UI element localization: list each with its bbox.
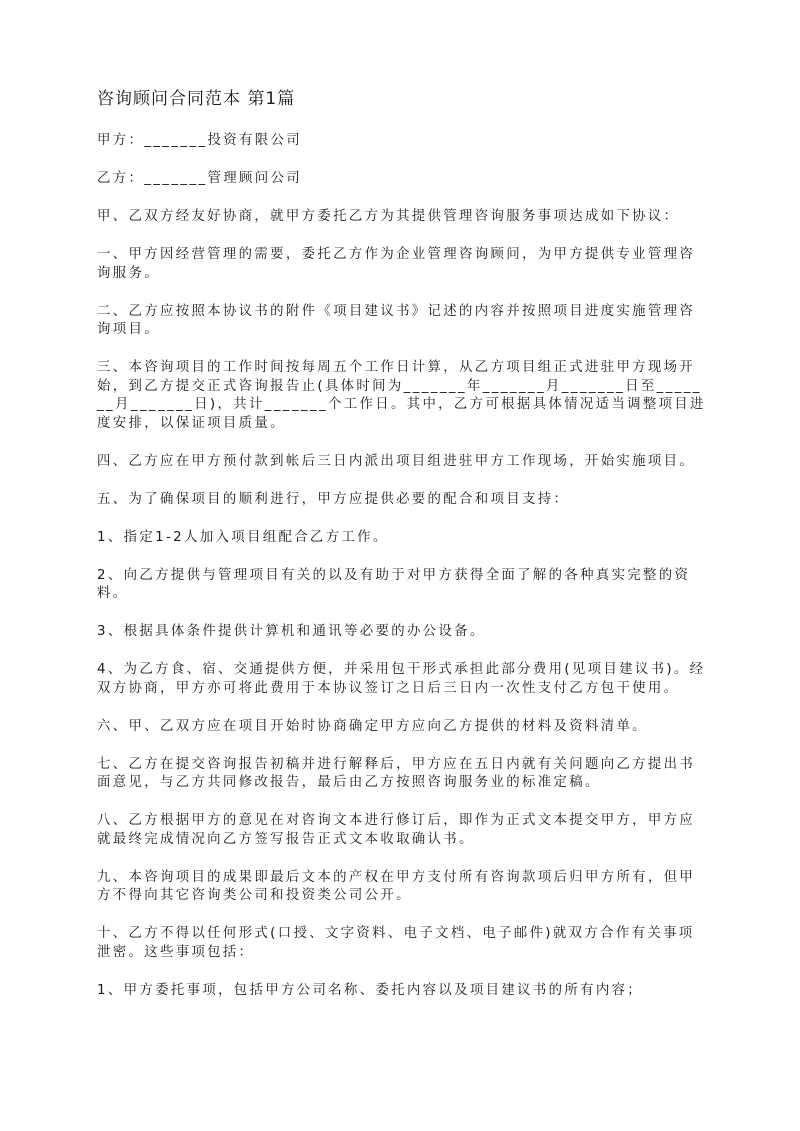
party-b-line: 乙方：_______管理顾问公司 <box>97 170 707 189</box>
document-title: 咨询顾问合同范本 第1篇 <box>97 88 707 110</box>
clause-1: 一、甲方因经营管理的需要，委托乙方作为企业管理咨询顾问，为甲方提供专业管理咨询服… <box>97 246 707 283</box>
clause-8: 八、乙方根据甲方的意见在对咨询文本进行修订后，即作为正式文本提交甲方，甲方应就最… <box>97 812 707 849</box>
document-page: 咨询顾问合同范本 第1篇 甲方：_______投资有限公司 乙方：_______… <box>97 88 707 1020</box>
clause-5-item-1: 1、指定1-2人加入项目组配合乙方工作。 <box>97 529 707 548</box>
clause-3: 三、本咨询项目的工作时间按每周五个工作日计算，从乙方项目组正式进驻甲方现场开始，… <box>97 359 707 433</box>
clause-6: 六、甲、乙双方应在项目开始时协商确定甲方应向乙方提供的材料及资料清单。 <box>97 718 707 737</box>
clause-5-item-2: 2、向乙方提供与管理项目有关的以及有助于对甲方获得全面了解的各种真实完整的资料。 <box>97 567 707 604</box>
clause-9: 九、本咨询项目的成果即最后文本的产权在甲方支付所有咨询款项后归甲方所有，但甲方不… <box>97 869 707 906</box>
party-a-line: 甲方：_______投资有限公司 <box>97 132 707 151</box>
clause-5: 五、为了确保项目的顺利进行，甲方应提供必要的配合和项目支持： <box>97 491 707 510</box>
clause-10-item-1: 1、甲方委托事项，包括甲方公司名称、委托内容以及项目建议书的所有内容； <box>97 982 707 1001</box>
clause-7: 七、乙方在提交咨询报告初稿并进行解释后，甲方应在五日内就有关问题向乙方提出书面意… <box>97 756 707 793</box>
clause-5-item-4: 4、为乙方食、宿、交通提供方便，并采用包干形式承担此部分费用(见项目建议书)。经… <box>97 661 707 698</box>
preamble-paragraph: 甲、乙双方经友好协商，就甲方委托乙方为其提供管理咨询服务事项达成如下协议： <box>97 208 707 227</box>
clause-4: 四、乙方应在甲方预付款到帐后三日内派出项目组进驻甲方工作现场，开始实施项目。 <box>97 453 707 472</box>
clause-5-item-3: 3、根据具体条件提供计算机和通讯等必要的办公设备。 <box>97 623 707 642</box>
clause-2: 二、乙方应按照本协议书的附件《项目建议书》记述的内容并按照项目进度实施管理咨询项… <box>97 303 707 340</box>
clause-10: 十、乙方不得以任何形式(口授、文字资料、电子文档、电子邮件)就双方合作有关事项泄… <box>97 925 707 962</box>
